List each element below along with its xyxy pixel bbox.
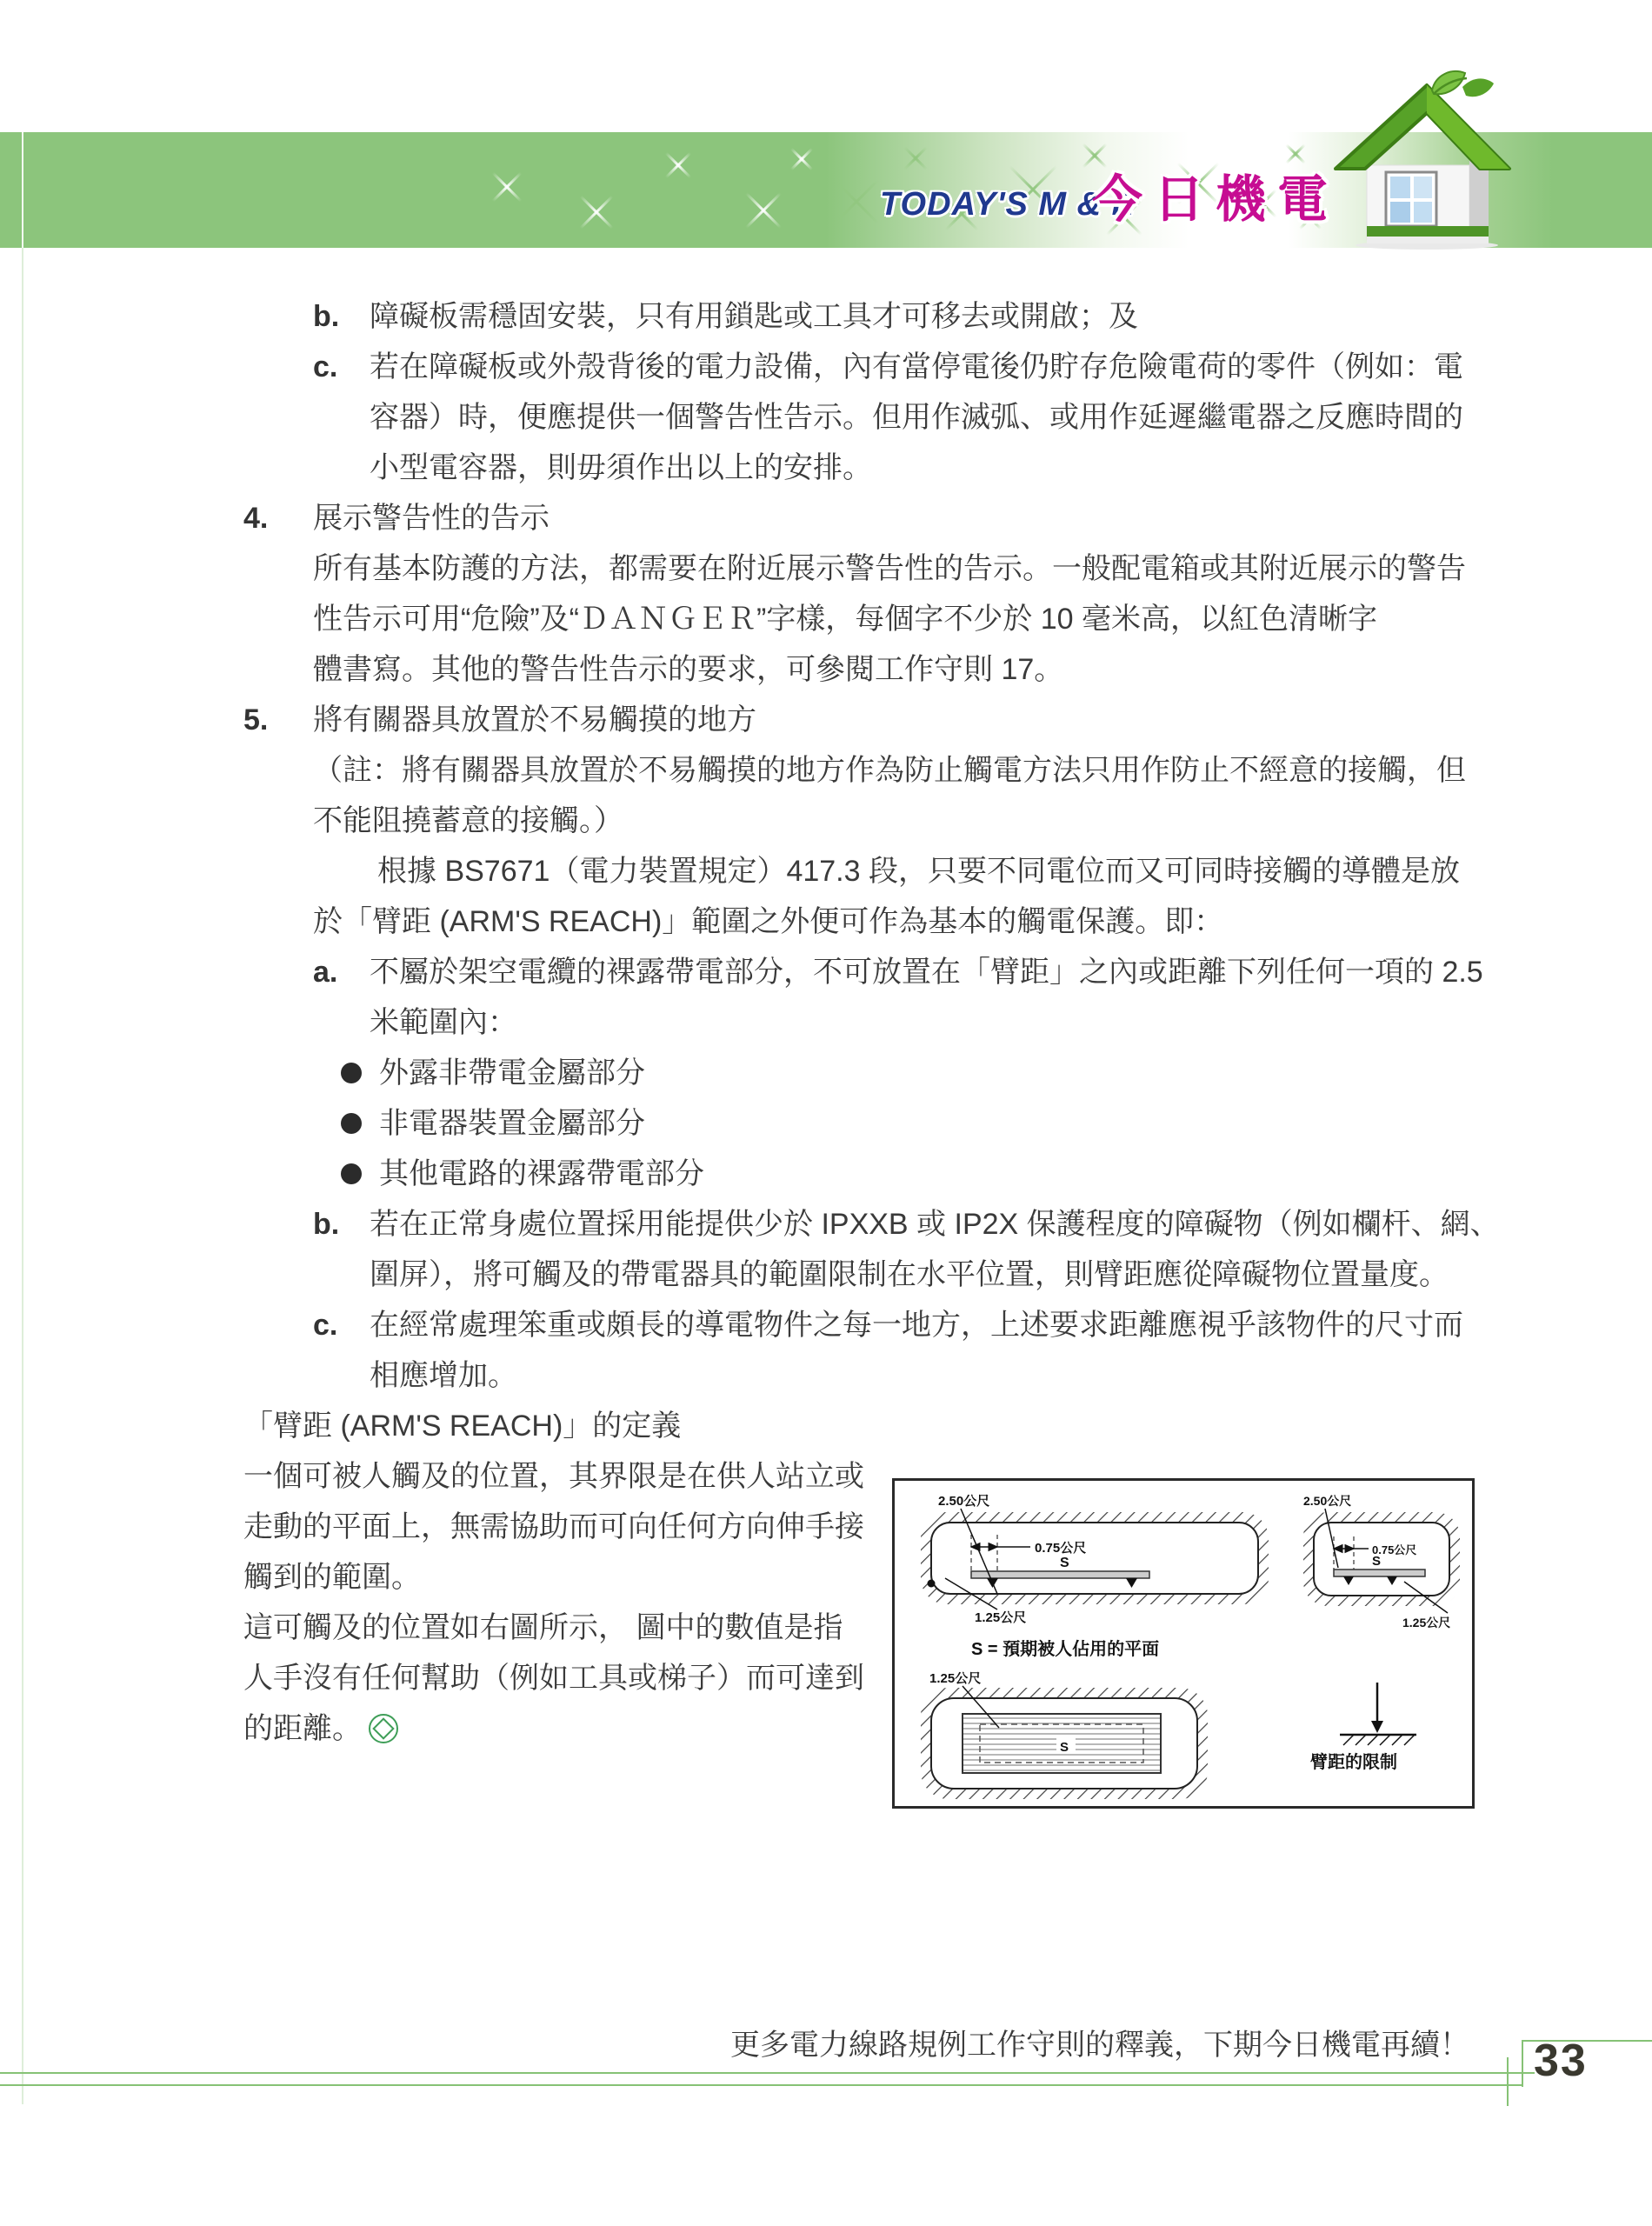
body-line: 走動的平面上，無需協助而可向任何方向伸手接 xyxy=(243,1502,864,1552)
body-line: 若在障礙板或外殼背後的電力設備，內有當停電後仍貯存危險電荷的零件（例如：電 xyxy=(370,342,1463,392)
sparkle-icon xyxy=(654,141,703,190)
body-line: 的距離。 xyxy=(243,1703,362,1754)
bullet-item: 其他電路的裸露帶電部分 xyxy=(243,1149,1495,1199)
crop-mark-line xyxy=(1507,2057,1509,2106)
footer-rule-line xyxy=(0,2072,1522,2074)
section-title: 將有關器具放置於不易觸摸的地方 xyxy=(313,695,756,745)
section-number: 4. xyxy=(243,493,313,543)
paragraph-line: 不能阻撓蓄意的接觸。） xyxy=(243,796,1495,846)
body-line: 性告示可用“危險”及“ＤＡＮＧＥＲ”字樣，每個字不少於 10 毫米高，以紅色清晰… xyxy=(313,594,1377,644)
list-item-continuation: 圍屏），將可觸及的帶電器具的範圍限制在水平位置，則臂距應從障礙物位置量度。 xyxy=(243,1250,1495,1300)
body-line: 外露非帶電金屬部分 xyxy=(379,1048,645,1098)
list-item: b.若在正常身處位置採用能提供少於 IPXXB 或 IP2X 保護程度的障礙物（… xyxy=(243,1199,1495,1250)
list-item: a.不屬於架空電纜的裸露帶電部分，不可放置在「臂距」之內或距離下列任何一項的 2… xyxy=(243,947,1495,997)
item-label: c. xyxy=(313,342,370,392)
list-item: c.在經常處理笨重或頗長的導電物件之每一地方，上述要求距離應視乎該物件的尺寸而 xyxy=(243,1300,1495,1350)
paragraph-line: 體書寫。其他的警告性告示的要求，可參閱工作守則 17。 xyxy=(243,644,1495,695)
body-line: 於「臂距 (ARM'S REACH)」範圍之外便可作為基本的觸電保護。即： xyxy=(313,896,1223,947)
definition-title: 「臂距 (ARM'S REACH)」的定義 xyxy=(243,1401,1495,1451)
sparkle-icon xyxy=(564,180,629,244)
page-number-frame xyxy=(1522,2040,1523,2087)
plane-s-label: S xyxy=(1060,1556,1069,1570)
section-number: 5. xyxy=(243,695,313,745)
dim-125-label: 1.25公尺 xyxy=(975,1610,1026,1625)
figure-legend: S = 預期被人佔用的平面 xyxy=(971,1638,1159,1659)
sparkle-icon xyxy=(478,158,535,215)
body-line: 圍屏），將可觸及的帶電器具的範圍限制在水平位置，則臂距應從障礙物位置量度。 xyxy=(370,1250,1449,1300)
body-line: 「臂距 (ARM'S REACH)」的定義 xyxy=(243,1401,681,1451)
magazine-page: TODAY'S M & E 今日機電 b.障礙板需穩固安裝，只有用鎖匙或工具才可… xyxy=(0,0,1652,2226)
figure-top-right-diagram: 2.50公尺 0.75公尺 S 1.25公尺 xyxy=(1303,1494,1460,1630)
list-item-continuation: 米範圍內： xyxy=(243,997,1495,1048)
item-label: b. xyxy=(313,1199,370,1250)
section-heading: 4.展示警告性的告示 xyxy=(243,493,1495,543)
item-label: b. xyxy=(313,291,370,342)
body-line: 小型電容器，則毋須作出以上的安排。 xyxy=(370,443,872,493)
body-line: 在經常處理笨重或頗長的導電物件之每一地方，上述要求距離應視乎該物件的尺寸而 xyxy=(370,1300,1463,1350)
sparkle-icon xyxy=(729,176,797,244)
dim-250-label: 2.50公尺 xyxy=(1303,1494,1351,1508)
body-line: 其他電路的裸露帶電部分 xyxy=(379,1149,704,1199)
body-line: 這可觸及的位置如右圖所示， 圖中的數值是指 xyxy=(243,1603,843,1653)
paragraph-line: 於「臂距 (ARM'S REACH)」範圍之外便可作為基本的觸電保護。即： xyxy=(243,896,1495,947)
sparkle-icon xyxy=(894,137,938,181)
plane-s-label: S xyxy=(1060,1740,1069,1755)
dim-075-label: 0.75公尺 xyxy=(1035,1541,1086,1556)
arm-limit-label: 臂距的限制 xyxy=(1310,1751,1397,1772)
band-divider-line xyxy=(22,132,23,248)
bullet-icon xyxy=(341,1063,362,1083)
dim-250-label: 2.50公尺 xyxy=(938,1494,989,1509)
body-line: 容器）時，便應提供一個警告性告示。但用作滅弧、或用作延遲繼電器之反應時間的 xyxy=(370,392,1463,443)
figure-top-left-diagram: 2.50公尺 0.75公尺 S 1.25公尺 xyxy=(921,1494,1269,1625)
crop-mark-line xyxy=(1509,2072,1535,2074)
list-item: b.障礙板需穩固安裝，只有用鎖匙或工具才可移去或開啟；及 xyxy=(243,291,1495,342)
body-line: 人手沒有任何幫助（例如工具或梯子）而可達到 xyxy=(243,1653,864,1703)
page-number: 33 xyxy=(1534,2035,1588,2087)
footer-rule-line xyxy=(0,2084,1522,2086)
sparkle-icon xyxy=(781,138,823,180)
bullet-item: 外露非帶電金屬部分 xyxy=(243,1048,1495,1098)
body-line: 一個可被人觸及的位置，其界限是在供人站立或 xyxy=(243,1451,864,1502)
house-logo-icon xyxy=(1323,68,1513,250)
body-line: 不能阻撓蓄意的接觸。） xyxy=(313,796,623,846)
body-line: 若在正常身處位置採用能提供少於 IPXXB 或 IP2X 保護程度的障礙物（例如… xyxy=(370,1199,1500,1250)
list-item-continuation: 相應增加。 xyxy=(243,1350,1495,1401)
paragraph-line: 根據 BS7671（電力裝置規定）417.3 段，只要不同電位而又可同時接觸的導… xyxy=(243,846,1495,896)
section-title: 展示警告性的告示 xyxy=(313,493,550,543)
body-line: 根據 BS7671（電力裝置規定）417.3 段，只要不同電位而又可同時接觸的導… xyxy=(377,846,1460,896)
figure-plan-diagram: S 1.25公尺 xyxy=(921,1671,1208,1799)
item-label: c. xyxy=(313,1300,370,1350)
list-item-continuation: 小型電容器，則毋須作出以上的安排。 xyxy=(243,443,1495,493)
paragraph-line: 所有基本防護的方法，都需要在附近展示警告性的告示。一般配電箱或其附近展示的警告 xyxy=(243,543,1495,594)
body-line: 所有基本防護的方法，都需要在附近展示警告性的告示。一般配電箱或其附近展示的警告 xyxy=(313,543,1466,594)
body-line: 米範圍內： xyxy=(370,997,517,1048)
body-line: 障礙板需穩固安裝，只有用鎖匙或工具才可移去或開啟；及 xyxy=(370,291,1138,342)
list-item: c.若在障礙板或外殼背後的電力設備，內有當停電後仍貯存危險電荷的零件（例如：電 xyxy=(243,342,1495,392)
dim-125-label: 1.25公尺 xyxy=(1402,1616,1450,1630)
figure-arm-limit-symbol: 臂距的限制 xyxy=(1310,1683,1416,1772)
body-line: （註：將有關器具放置於不易觸摸的地方作為防止觸電方法只用作防止不經意的接觸，但 xyxy=(313,745,1466,796)
left-margin-line xyxy=(22,248,23,2104)
dim-125-label: 1.25公尺 xyxy=(929,1671,981,1686)
bullet-icon xyxy=(341,1113,362,1134)
body-line: 觸到的範圍。 xyxy=(243,1552,421,1603)
plane-s-label: S xyxy=(1372,1554,1381,1569)
body-line: 不屬於架空電纜的裸露帶電部分，不可放置在「臂距」之內或距離下列任何一項的 2.5 xyxy=(370,947,1483,997)
emsd-logo-icon xyxy=(369,1714,398,1743)
bullet-icon xyxy=(341,1163,362,1184)
body-line: 相應增加。 xyxy=(370,1350,517,1401)
body-line: 體書寫。其他的警告性告示的要求，可參閱工作守則 17。 xyxy=(313,644,1063,695)
item-label: a. xyxy=(313,947,370,997)
section-heading: 5.將有關器具放置於不易觸摸的地方 xyxy=(243,695,1495,745)
body-line: 非電器裝置金屬部分 xyxy=(379,1098,645,1149)
leaf-icon xyxy=(1432,71,1494,97)
paragraph-line: （註：將有關器具放置於不易觸摸的地方作為防止觸電方法只用作防止不經意的接觸，但 xyxy=(243,745,1495,796)
brand-title-zh: 今日機電 xyxy=(1092,158,1339,231)
list-item-continuation: 容器）時，便應提供一個警告性告示。但用作滅弧、或用作延遲繼電器之反應時間的 xyxy=(243,392,1495,443)
closing-line: 更多電力線路規例工作守則的釋義，下期今日機電再續！ xyxy=(243,2020,1469,2070)
arms-reach-figure: 2.50公尺 0.75公尺 S 1.25公尺 2.50公尺 0.75公尺 xyxy=(892,1478,1475,1809)
paragraph-line: 性告示可用“危險”及“ＤＡＮＧＥＲ”字樣，每個字不少於 10 毫米高，以紅色清晰… xyxy=(243,594,1495,644)
bullet-item: 非電器裝置金屬部分 xyxy=(243,1098,1495,1149)
